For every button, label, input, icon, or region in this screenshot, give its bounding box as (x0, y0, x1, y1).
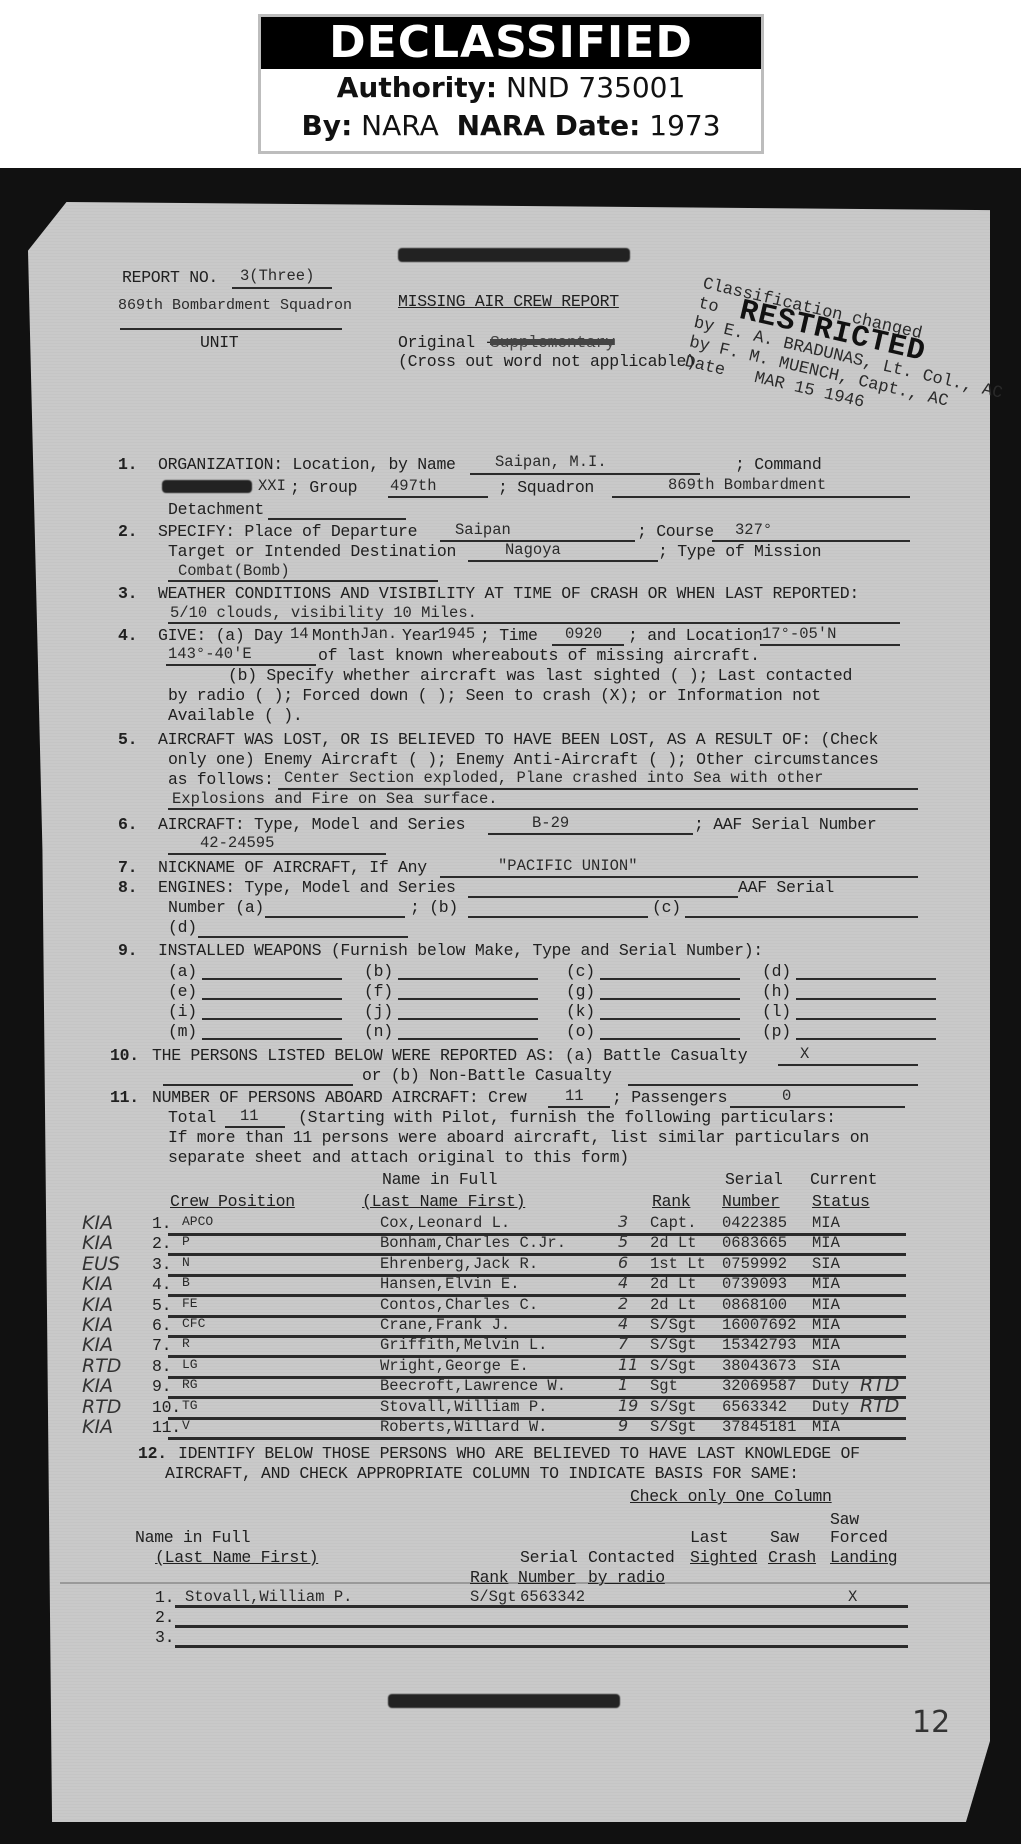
row-underline (168, 1437, 906, 1440)
item-11-number: 11. (110, 1088, 139, 1107)
crew-status: Duty (812, 1398, 849, 1416)
col-status: Status (812, 1192, 870, 1211)
crew-status: MIA (812, 1275, 840, 1293)
col-contacted-top: Contacted (588, 1548, 674, 1567)
col-status-top: Current (810, 1170, 877, 1189)
circumstance-line-1: Center Section exploded, Plane crashed i… (284, 769, 824, 787)
crew-serial: 0739093 (722, 1275, 787, 1293)
page-number: 12 (912, 1705, 950, 1740)
detachment-label: Detachment (168, 500, 264, 519)
loss-cause-options: only one) Enemy Aircraft ( ); Enemy Anti… (168, 750, 879, 769)
weapon-slot-label: (g) (566, 982, 595, 1001)
crew-status: SIA (812, 1255, 840, 1273)
col-crash-top: Saw (770, 1528, 799, 1547)
particulars-note-2: If more than 11 persons were aboard airc… (168, 1128, 869, 1147)
nickname-label: NICKNAME OF AIRCRAFT, If Any (158, 858, 427, 877)
circumstance-line-2: Explosions and Fire on Sea surface. (172, 790, 498, 808)
row-number: 1. (155, 1588, 174, 1607)
weapon-slot-label: (b) (364, 962, 393, 981)
organization-label: ORGANIZATION: Location, by Name (158, 455, 456, 474)
item-2-number: 2. (118, 522, 137, 541)
weapon-slot-label: (f) (364, 982, 393, 1001)
crew-position: P (182, 1234, 190, 1249)
weapon-slot-underline (796, 1038, 936, 1040)
weapon-slot-underline (600, 998, 740, 1000)
crew-rank: S/Sgt (650, 1357, 697, 1375)
weapon-slot-underline (398, 998, 538, 1000)
crew-serial: 15342793 (722, 1336, 796, 1354)
engine-d-label: (d) (168, 918, 197, 937)
weapon-slot-underline (796, 998, 936, 1000)
row-underline (175, 1605, 908, 1608)
item-7-number: 7. (118, 858, 137, 877)
battle-casualty-underline (778, 1064, 918, 1066)
aircraft-serial-value: 42-24595 (200, 834, 274, 852)
weapon-slot-underline (398, 1018, 538, 1020)
banner-authority: Authority: NND 735001 (261, 69, 761, 107)
crew-rank: S/Sgt (650, 1418, 697, 1436)
col-sighted-top: Last (690, 1528, 728, 1547)
witness-rank: S/Sgt (470, 1588, 517, 1606)
target-underline (468, 560, 658, 562)
crew-row-number: 4. (152, 1275, 171, 1294)
item-12-number: 12. (138, 1444, 167, 1463)
year-value: 1945 (438, 625, 475, 643)
crew-name: Hansen,Elvin E. (380, 1275, 520, 1293)
weapon-slot-label: (l) (762, 1002, 791, 1021)
command-value: XXI (258, 477, 286, 495)
col-last-sighted: Sighted (690, 1548, 757, 1567)
weapon-slot-underline (600, 978, 740, 980)
forced-landing-check: X (848, 1588, 857, 1606)
witness-serial: 6563342 (520, 1588, 585, 1606)
mission-label: ; Type of Mission (658, 542, 821, 561)
engines-underline (468, 896, 738, 898)
crew-rank: 2d Lt (650, 1275, 697, 1293)
check-one-note: Check only One Column (630, 1487, 832, 1506)
crew-serial: 6563342 (722, 1398, 787, 1416)
total-count: 11 (240, 1107, 259, 1125)
crew-serial: 38043673 (722, 1357, 796, 1375)
crew-name: Wright,George E. (380, 1357, 529, 1375)
crew-position: V (182, 1418, 190, 1433)
handwritten-tally: 5 (618, 1232, 628, 1251)
banner-by: By: NARA NARA Date: 1973 (261, 107, 761, 145)
last-knowledge-label-1: IDENTIFY BELOW THOSE PERSONS WHO ARE BEL… (178, 1444, 860, 1463)
target-label: Target or Intended Destination (168, 542, 456, 561)
crew-status: MIA (812, 1296, 840, 1314)
crew-name: Cox,Leonard L. (380, 1214, 510, 1232)
longitude-value: 143°-40'E (168, 645, 252, 663)
aircraft-type-label: AIRCRAFT: Type, Model and Series (158, 815, 465, 834)
weapon-slot-underline (398, 978, 538, 980)
col12-rank: Rank (470, 1568, 508, 1587)
handwritten-status-note: RTD (82, 1396, 121, 1418)
crew-rank: S/Sgt (650, 1316, 697, 1334)
battle-casualty-value: X (800, 1045, 809, 1063)
handwritten-rtd: RTD (860, 1395, 899, 1417)
target-value: Nagoya (505, 541, 561, 559)
item-3-number: 3. (118, 584, 137, 603)
col-saw-crash: Crash (768, 1548, 816, 1567)
info-available-line: Available ( ). (168, 706, 302, 725)
weather-value: 5/10 clouds, visibility 10 Miles. (170, 604, 477, 622)
engine-d-underline (198, 936, 408, 938)
weapon-slot-underline (398, 1038, 538, 1040)
squadron-label: ; Squadron (498, 478, 594, 497)
crew-status: MIA (812, 1234, 840, 1252)
crew-row-number: 2. (152, 1234, 171, 1253)
command-label: ; Command (735, 455, 821, 474)
handwritten-tally: 4 (618, 1314, 628, 1333)
weapon-slot-label: (d) (762, 962, 791, 981)
weapon-slot-underline (202, 1018, 342, 1020)
particulars-note-3: separate sheet and attach original to th… (168, 1148, 629, 1167)
day-label: GIVE: (a) Day (158, 626, 283, 645)
mission-value: Combat(Bomb) (178, 562, 290, 580)
non-battle-underline (628, 1084, 918, 1086)
report-no-value: 3(Three) (240, 267, 314, 285)
item-4-number: 4. (118, 626, 137, 645)
crew-table-row: KIA4.BHansen,Elvin E.42d Lt0739093MIA (0, 1275, 1021, 1297)
col-serial: Number (722, 1192, 780, 1211)
non-battle-label: or (b) Non-Battle Casualty (362, 1066, 612, 1085)
crew-table-row: KIA7.RGriffith,Melvin L.7S/Sgt15342793MI… (0, 1336, 1021, 1358)
crew-serial: 37845181 (722, 1418, 796, 1436)
engine-c-label: (c) (652, 898, 681, 917)
weapon-slot-label: (e) (168, 982, 197, 1001)
crew-name: Stovall,William P. (380, 1398, 547, 1416)
col-forced-top1: Saw (830, 1510, 859, 1529)
crew-table-row: RTD10.TGStovall,William P.19S/Sgt6563342… (0, 1398, 1021, 1420)
crew-position: APCO (182, 1214, 213, 1229)
circumstance-underline-2 (168, 808, 918, 810)
loss-cause-label: AIRCRAFT WAS LOST, OR IS BELIEVED TO HAV… (158, 730, 878, 749)
report-no-underline (232, 287, 332, 289)
latitude-value: 17°-05'N (762, 625, 836, 643)
location-value: Saipan, M.I. (495, 453, 607, 471)
casualty-label: THE PERSONS LISTED BELOW WERE REPORTED A… (152, 1046, 747, 1065)
handwritten-status-note: KIA (82, 1294, 113, 1316)
unit-underline (120, 328, 342, 330)
declassified-banner: DECLASSIFIED Authority: NND 735001 By: N… (258, 14, 764, 154)
crew-table-row: KIA5.FEContos,Charles C.22d Lt0868100MIA (0, 1296, 1021, 1318)
item-1-number: 1. (118, 455, 137, 474)
handwritten-tally: 4 (618, 1273, 628, 1292)
crew-rank: Capt. (650, 1214, 697, 1232)
crew-serial: 0868100 (722, 1296, 787, 1314)
passengers-label: ; Passengers (612, 1088, 727, 1107)
crew-table-row: KIA11.VRoberts,Willard W.9S/Sgt37845181M… (0, 1418, 1021, 1440)
row-underline (175, 1625, 908, 1628)
weapon-slot-underline (796, 1018, 936, 1020)
witness-name: Stovall,William P. (185, 1588, 352, 1606)
squadron-value: 869th Bombardment (668, 476, 826, 494)
report-no-label: REPORT NO. (122, 268, 218, 287)
col-rank: Rank (652, 1192, 690, 1211)
col12-serial-top: Serial (520, 1548, 578, 1567)
weapon-slot-label: (o) (566, 1022, 595, 1041)
crew-name: Crane,Frank J. (380, 1316, 510, 1334)
col-name: (Last Name First) (362, 1192, 525, 1211)
weapon-slot-label: (h) (762, 982, 791, 1001)
handwritten-tally: 2 (618, 1294, 628, 1313)
col-crew-position: Crew Position (170, 1192, 295, 1211)
year-label: Year (402, 626, 440, 645)
col12-name-top: Name in Full (135, 1528, 250, 1547)
banner-title: DECLASSIFIED (261, 17, 761, 69)
col12-serial: Number (518, 1568, 576, 1587)
item-5-number: 5. (118, 730, 137, 749)
row-number: 2. (155, 1608, 174, 1627)
col12-name: (Last Name First) (155, 1548, 318, 1567)
day-value: 14 (290, 625, 309, 643)
crew-count: 11 (565, 1087, 584, 1105)
weapon-slot-label: (k) (566, 1002, 595, 1021)
unit-value: 869th Bombardment Squadron (118, 297, 352, 314)
squadron-underline (612, 496, 910, 498)
crew-serial: 32069587 (722, 1377, 796, 1395)
crew-rank: 1st Lt (650, 1255, 706, 1273)
crew-status: MIA (812, 1336, 840, 1354)
crew-table-row: KIA1.APCOCox,Leonard L.3Capt.0422385MIA (0, 1214, 1021, 1236)
crew-position: LG (182, 1357, 198, 1372)
crew-status: MIA (812, 1418, 840, 1436)
persons-aboard-label: NUMBER OF PERSONS ABOARD AIRCRAFT: Crew (152, 1088, 526, 1107)
redacted-classification-bottom (388, 1694, 620, 1708)
item-8-number: 8. (118, 878, 137, 897)
detachment-underline (268, 518, 406, 520)
crew-rank: S/Sgt (650, 1398, 697, 1416)
crew-row-number: 3. (152, 1255, 171, 1274)
engine-b-underline (468, 916, 648, 918)
handwritten-status-note: KIA (82, 1314, 113, 1336)
item-10-number: 10. (110, 1046, 139, 1065)
weapon-slot-underline (202, 998, 342, 1000)
crew-row-number: 6. (152, 1316, 171, 1335)
crew-name: Bonham,Charles C.Jr. (380, 1234, 566, 1252)
handwritten-tally: 11 (618, 1355, 638, 1374)
crew-serial: 0683665 (722, 1234, 787, 1252)
crew-position: TG (182, 1398, 198, 1413)
handwritten-tally: 19 (618, 1396, 638, 1415)
crew-position: FE (182, 1296, 198, 1311)
nickname-value: "PACIFIC UNION" (498, 857, 638, 875)
crew-rank: 2d Lt (650, 1296, 697, 1314)
weapon-slot-label: (j) (364, 1002, 393, 1021)
crew-status: MIA (812, 1316, 840, 1334)
weapon-slot-label: (c) (566, 962, 595, 981)
handwritten-status-note: KIA (82, 1232, 113, 1254)
crew-status: MIA (812, 1214, 840, 1232)
cross-out-note: (Cross out word not applicable) (398, 352, 696, 371)
engine-a-underline (265, 916, 405, 918)
location-coords-label: ; and Location (628, 626, 762, 645)
redacted-classification-top (398, 248, 630, 262)
col-serial-top: Serial (725, 1170, 783, 1189)
crew-status: Duty (812, 1377, 849, 1395)
nickname-underline (440, 876, 918, 878)
time-value: 0920 (565, 625, 602, 643)
weapon-slot-underline (600, 1018, 740, 1020)
total-label: Total (168, 1108, 216, 1127)
item-6-number: 6. (118, 815, 137, 834)
handwritten-status-note: RTD (82, 1355, 121, 1377)
handwritten-tally: 6 (618, 1253, 628, 1272)
engine-b-label: ; (b) (410, 898, 458, 917)
handwritten-status-note: KIA (82, 1416, 113, 1438)
crew-row-number: 8. (152, 1357, 171, 1376)
crew-name: Ehrenberg,Jack R. (380, 1255, 538, 1273)
location-underline (470, 473, 700, 475)
departure-label: SPECIFY: Place of Departure (158, 522, 417, 541)
aircraft-type-underline (488, 833, 693, 835)
time-label: ; Time (480, 626, 538, 645)
mission-underline (168, 580, 438, 582)
weapons-label: INSTALLED WEAPONS (Furnish below Make, T… (158, 941, 763, 960)
supplementary-struck: Supplementary (490, 333, 615, 352)
crew-rank: 2d Lt (650, 1234, 697, 1252)
month-label: Month (312, 626, 360, 645)
crew-name: Contos,Charles C. (380, 1296, 538, 1314)
engines-label: ENGINES: Type, Model and Series (158, 878, 456, 897)
crew-row-number: 5. (152, 1296, 171, 1315)
handwritten-rtd: RTD (860, 1374, 899, 1396)
weapon-slot-underline (202, 978, 342, 980)
circumstances-label: as follows: (168, 770, 274, 789)
aircraft-serial-label: ; AAF Serial Number (694, 815, 876, 834)
crew-table-row: EUS3.NEhrenberg,Jack R.61st Lt0759992SIA (0, 1255, 1021, 1277)
struck-command-word (162, 480, 252, 493)
weather-label: WEATHER CONDITIONS AND VISIBILITY AT TIM… (158, 584, 859, 603)
handwritten-status-note: EUS (82, 1253, 120, 1275)
course-value: 327° (735, 521, 772, 539)
crew-rank: Sgt (650, 1377, 678, 1395)
crew-position: R (182, 1336, 190, 1351)
weapon-slot-underline (202, 1038, 342, 1040)
crew-rank: S/Sgt (650, 1336, 697, 1354)
weapon-slot-label: (p) (762, 1022, 791, 1041)
col-saw-forced-landing: Landing (830, 1548, 897, 1567)
crew-position: N (182, 1255, 190, 1270)
col-forced-top2: Forced (830, 1528, 888, 1547)
departure-value: Saipan (455, 521, 511, 539)
crew-row-number: 11. (152, 1418, 181, 1437)
col-contacted-radio: by radio (588, 1568, 665, 1587)
unit-label: UNIT (200, 333, 238, 352)
crew-row-number: 7. (152, 1336, 171, 1355)
weapon-slot-label: (i) (168, 1002, 197, 1021)
aircraft-serial-underline (168, 853, 386, 855)
group-value: 497th (390, 477, 437, 495)
passengers-count: 0 (782, 1087, 791, 1105)
crew-position: RG (182, 1377, 198, 1392)
casualty-pre-underline (163, 1084, 353, 1086)
engine-a-label: Number (a) (168, 898, 264, 917)
crew-table-row: KIA2.PBonham,Charles C.Jr.52d Lt0683665M… (0, 1234, 1021, 1256)
weapon-slot-label: (n) (364, 1022, 393, 1041)
weapon-slot-underline (796, 978, 936, 980)
course-label: ; Course (637, 522, 714, 541)
latitude-underline (760, 644, 900, 646)
crew-serial: 16007692 (722, 1316, 796, 1334)
last-knowledge-label-2: AIRCRAFT, AND CHECK APPROPRIATE COLUMN T… (165, 1464, 799, 1483)
weapon-slot-underline (600, 1038, 740, 1040)
row-underline (175, 1645, 908, 1648)
engine-serial-label: AAF Serial (738, 878, 834, 897)
weather-underline (168, 622, 900, 624)
handwritten-status-note: KIA (82, 1273, 113, 1295)
item-9-number: 9. (118, 941, 137, 960)
last-sighted-line: (b) Specify whether aircraft was last si… (228, 666, 852, 685)
group-underline (388, 496, 488, 498)
crew-status: SIA (812, 1357, 840, 1375)
group-label: ; Group (290, 478, 357, 497)
crew-name: Griffith,Melvin L. (380, 1336, 547, 1354)
crew-row-number: 9. (152, 1377, 171, 1396)
aircraft-type-value: B-29 (532, 814, 569, 832)
engine-c-underline (685, 916, 918, 918)
crew-position: B (182, 1275, 190, 1290)
crew-name: Roberts,Willard W. (380, 1418, 547, 1436)
row-number: 3. (155, 1628, 174, 1647)
form-title: MISSING AIR CREW REPORT (398, 292, 619, 311)
handwritten-tally: 7 (618, 1334, 628, 1353)
handwritten-status-note: KIA (82, 1212, 113, 1234)
crew-table-row: KIA6.CFCCrane,Frank J.4S/Sgt16007692MIA (0, 1316, 1021, 1338)
whereabouts-text: of last known whereabouts of missing air… (318, 646, 760, 665)
crew-row-number: 1. (152, 1214, 171, 1233)
weapon-slot-label: (a) (168, 962, 197, 981)
weapon-slot-label: (m) (168, 1022, 197, 1041)
original-label: Original - (398, 333, 494, 352)
crew-serial: 0759992 (722, 1255, 787, 1273)
handwritten-status-note: KIA (82, 1375, 113, 1397)
crew-row-number: 10. (152, 1398, 181, 1417)
crew-serial: 0422385 (722, 1214, 787, 1232)
handwritten-tally: 1 (618, 1375, 628, 1394)
crew-name: Beecroft,Lawrence W. (380, 1377, 566, 1395)
crash-status-line: by radio ( ); Forced down ( ); Seen to c… (168, 686, 821, 705)
particulars-note-1: (Starting with Pilot, furnish the follow… (298, 1108, 836, 1127)
handwritten-tally: 3 (618, 1212, 628, 1231)
handwritten-status-note: KIA (82, 1334, 113, 1356)
crew-position: CFC (182, 1316, 205, 1331)
col-name-top: Name in Full (382, 1170, 497, 1189)
handwritten-tally: 9 (618, 1416, 628, 1435)
month-value: Jan. (360, 625, 397, 643)
